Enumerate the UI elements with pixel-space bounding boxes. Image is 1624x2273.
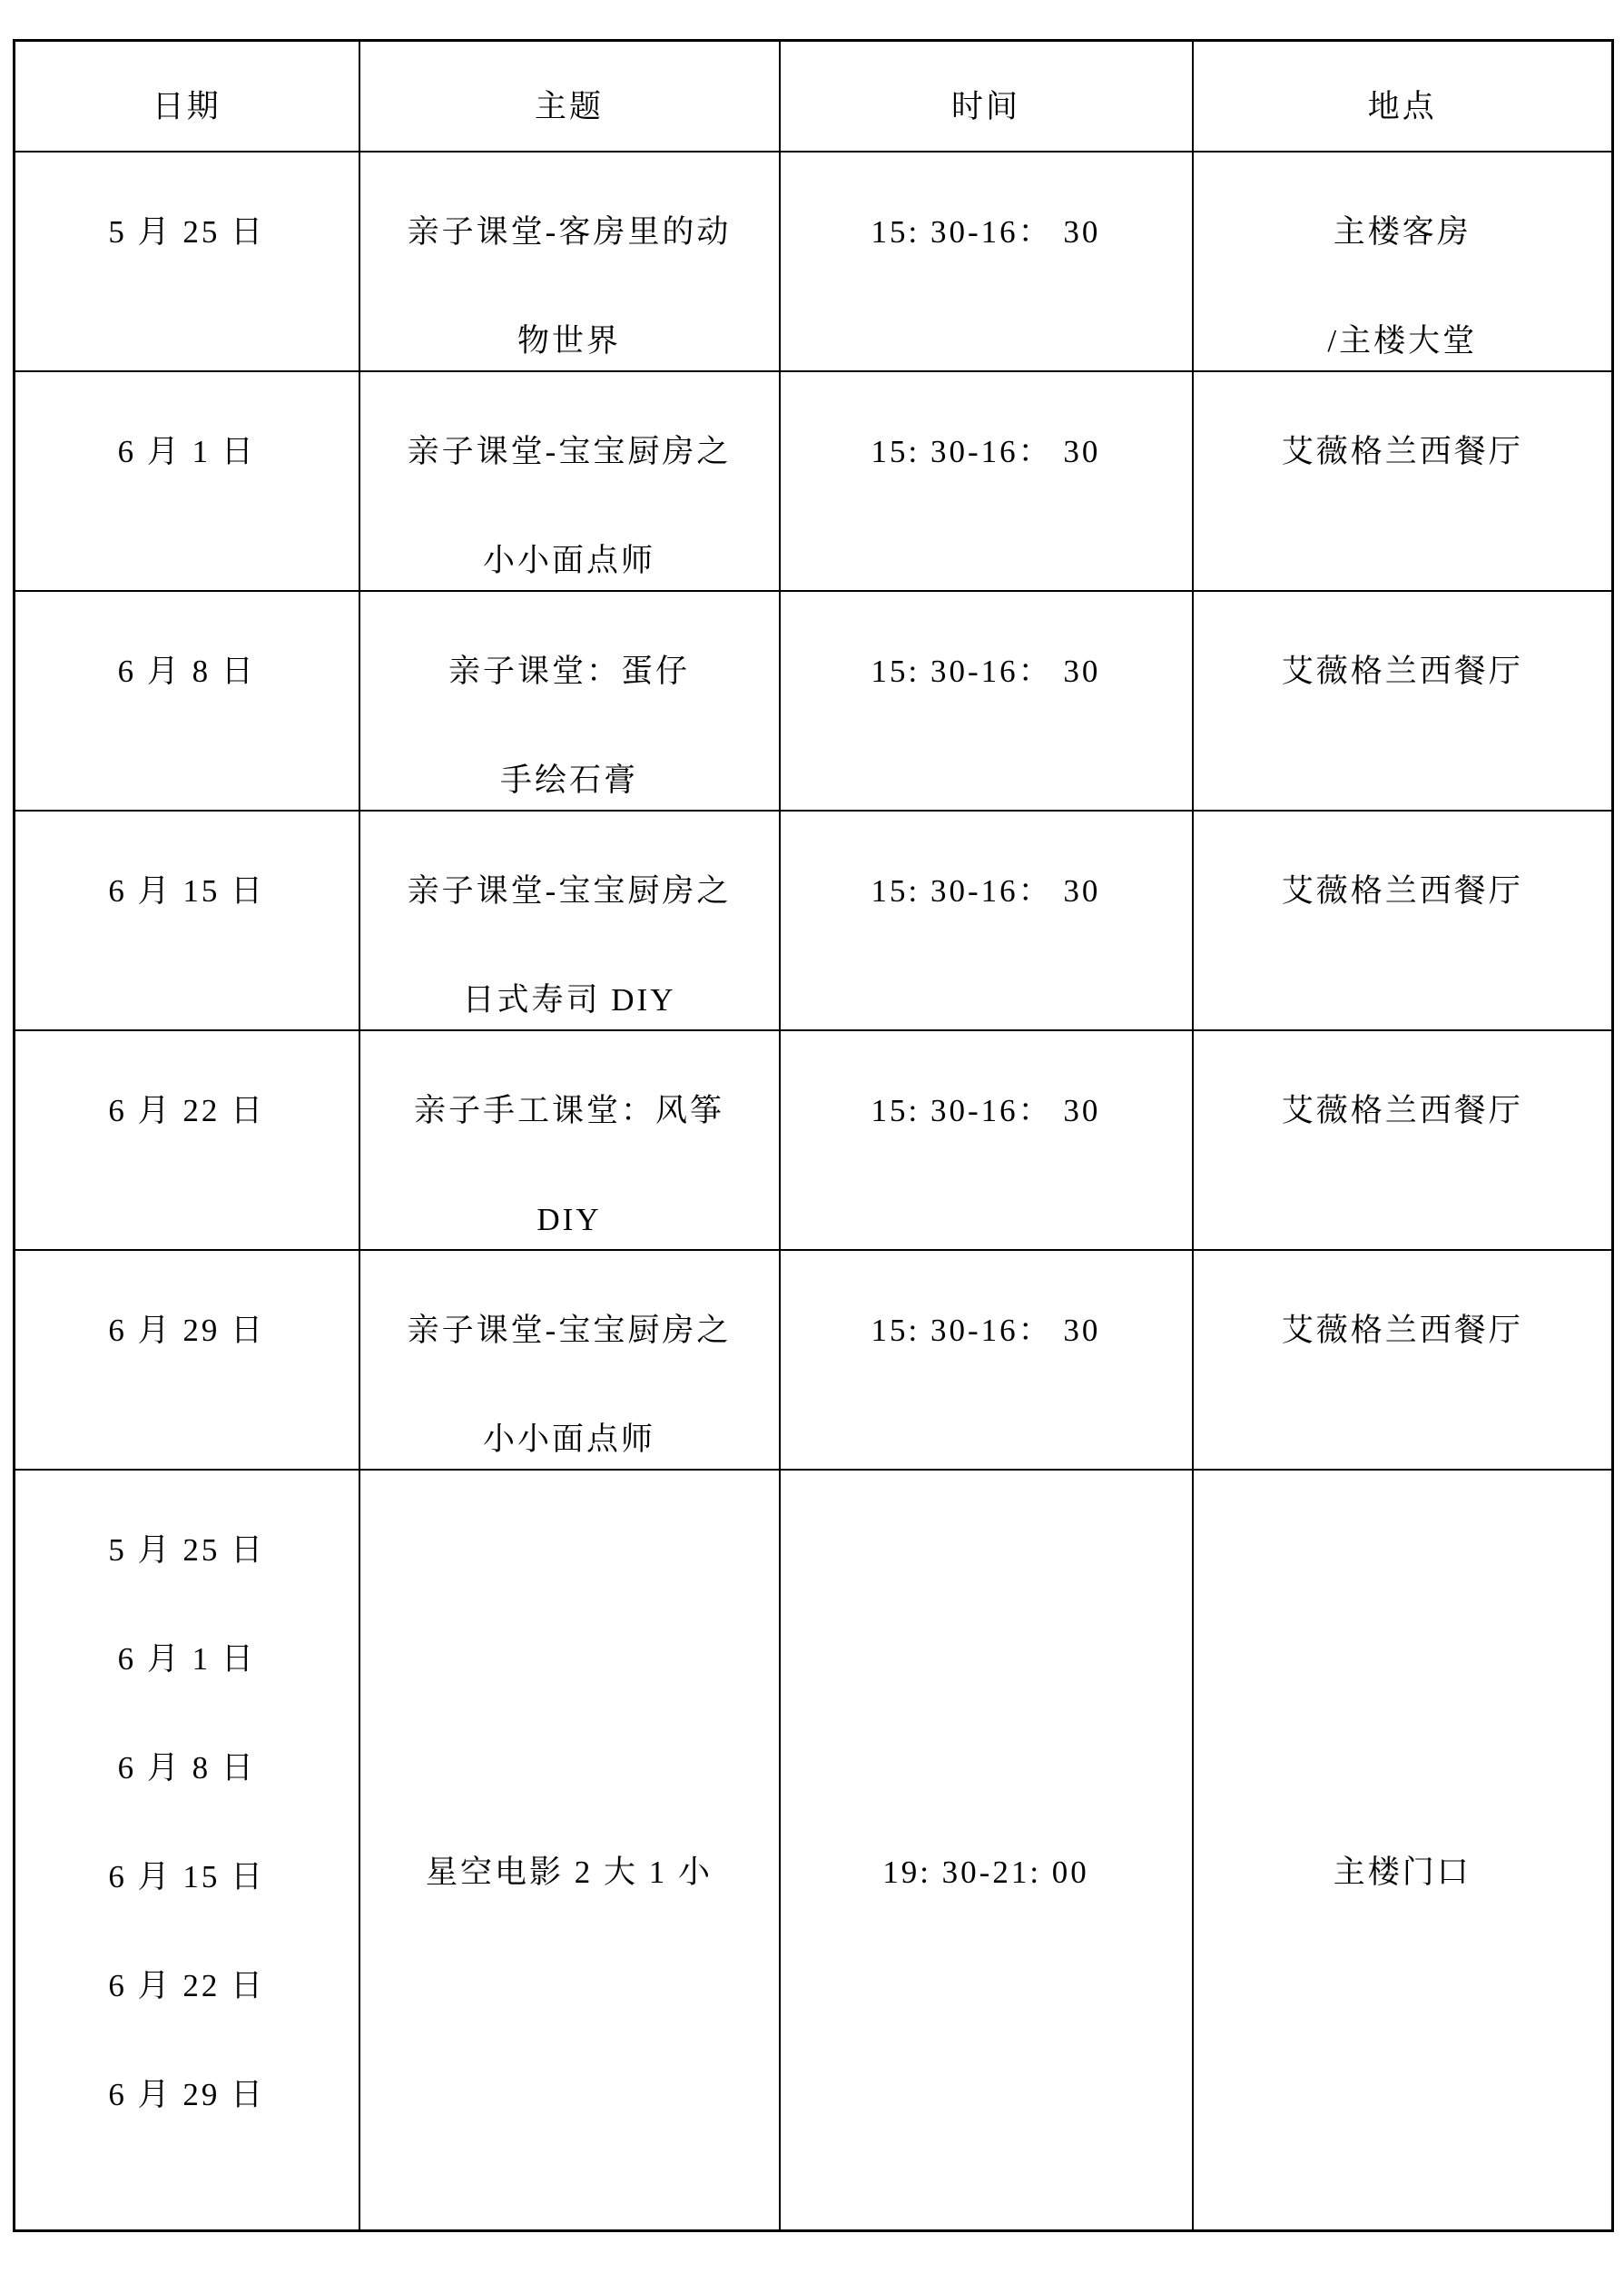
cell-location: 艾薇格兰西餐厅 [1193, 591, 1613, 811]
table-row: 6 月 15 日 亲子课堂-宝宝厨房之日式寿司 DIY 15: 30-16： 3… [15, 811, 1613, 1030]
cell-date: 5 月 25 日 6 月 1 日 6 月 8 日 6 月 15 日 6 月 22… [15, 1470, 359, 2231]
table-row: 6 月 29 日 亲子课堂-宝宝厨房之小小面点师 15: 30-16： 30 艾… [15, 1250, 1613, 1470]
location-line: 艾薇格兰西餐厅 [1194, 398, 1612, 507]
header-row: 日期 主题 时间 地点 [15, 41, 1613, 153]
date-text: 6 月 22 日 [15, 1932, 359, 2041]
date-text: 6 月 29 日 [15, 2041, 359, 2150]
location-line: 艾薇格兰西餐厅 [1194, 1057, 1612, 1166]
cell-topic: 亲子课堂-宝宝厨房之小小面点师 [359, 371, 780, 591]
cell-topic: 星空电影 2 大 1 小 [359, 1470, 780, 2231]
cell-location: 主楼门口 [1193, 1470, 1613, 2231]
header-label-date: 日期 [15, 53, 359, 162]
location-line: 艾薇格兰西餐厅 [1194, 617, 1612, 726]
cell-date: 6 月 29 日 [15, 1250, 359, 1470]
date-text: 5 月 25 日 [15, 1496, 359, 1605]
cell-time: 15: 30-16： 30 [780, 1030, 1193, 1250]
location-line: 艾薇格兰西餐厅 [1194, 837, 1612, 946]
date-text: 6 月 8 日 [15, 1714, 359, 1823]
header-label-time: 时间 [781, 53, 1192, 162]
cell-time: 15: 30-16： 30 [780, 1250, 1193, 1470]
topic-line: 亲子手工课堂：风筝 [360, 1057, 779, 1166]
time-text: 15: 30-16： 30 [781, 1057, 1192, 1166]
cell-date: 6 月 22 日 [15, 1030, 359, 1250]
date-text: 6 月 15 日 [15, 837, 359, 946]
topic-line: 亲子课堂-客房里的动 [360, 178, 779, 287]
topic-line: 亲子课堂-宝宝厨房之 [360, 837, 779, 946]
cell-topic: 亲子课堂-宝宝厨房之小小面点师 [359, 1250, 780, 1470]
time-text: 15: 30-16： 30 [781, 837, 1192, 946]
time-text: 15: 30-16： 30 [781, 398, 1192, 507]
topic-line: 亲子课堂-宝宝厨房之 [360, 398, 779, 507]
date-text: 6 月 29 日 [15, 1276, 359, 1385]
cell-date: 5 月 25 日 [15, 152, 359, 371]
cell-time: 15: 30-16： 30 [780, 591, 1193, 811]
date-text: 6 月 8 日 [15, 617, 359, 726]
table-row: 6 月 22 日 亲子手工课堂：风筝DIY 15: 30-16： 30 艾薇格兰… [15, 1030, 1613, 1250]
cell-location: 主楼客房/主楼大堂 [1193, 152, 1613, 371]
date-text: 5 月 25 日 [15, 178, 359, 287]
header-cell-location: 地点 [1193, 41, 1613, 153]
location-line: 主楼门口 [1334, 1818, 1471, 1927]
cell-time: 15: 30-16： 30 [780, 371, 1193, 591]
time-text: 15: 30-16： 30 [781, 1276, 1192, 1385]
cell-topic: 亲子课堂-客房里的动物世界 [359, 152, 780, 371]
cell-location: 艾薇格兰西餐厅 [1193, 1030, 1613, 1250]
topic-line: 亲子课堂：蛋仔 [360, 617, 779, 726]
cell-topic: 亲子课堂：蛋仔手绘石膏 [359, 591, 780, 811]
header-cell-topic: 主题 [359, 41, 780, 153]
date-text: 6 月 22 日 [15, 1057, 359, 1166]
location-line: 艾薇格兰西餐厅 [1194, 1276, 1612, 1385]
cell-location: 艾薇格兰西餐厅 [1193, 811, 1613, 1030]
cell-location: 艾薇格兰西餐厅 [1193, 371, 1613, 591]
cell-time: 19: 30-21: 00 [780, 1470, 1193, 2231]
table-row: 6 月 1 日 亲子课堂-宝宝厨房之小小面点师 15: 30-16： 30 艾薇… [15, 371, 1613, 591]
time-text: 15: 30-16： 30 [781, 617, 1192, 726]
cell-time: 15: 30-16： 30 [780, 811, 1193, 1030]
cell-time: 15: 30-16： 30 [780, 152, 1193, 371]
topic-line: 亲子课堂-宝宝厨房之 [360, 1276, 779, 1385]
cell-date: 6 月 15 日 [15, 811, 359, 1030]
table-row: 5 月 25 日 亲子课堂-客房里的动物世界 15: 30-16： 30 主楼客… [15, 152, 1613, 371]
header-label-location: 地点 [1194, 53, 1612, 162]
topic-line: 星空电影 2 大 1 小 [426, 1818, 713, 1927]
schedule-table: 日期 主题 时间 地点 5 月 25 日 亲子课堂-客房里的动物世界 15: 3… [13, 39, 1614, 2232]
table-row: 6 月 8 日 亲子课堂：蛋仔手绘石膏 15: 30-16： 30 艾薇格兰西餐… [15, 591, 1613, 811]
date-text: 6 月 1 日 [15, 398, 359, 507]
date-text: 6 月 1 日 [15, 1605, 359, 1714]
header-label-topic: 主题 [360, 53, 779, 162]
cell-date: 6 月 8 日 [15, 591, 359, 811]
date-text: 6 月 15 日 [15, 1823, 359, 1932]
location-line: 主楼客房 [1194, 178, 1612, 287]
cell-topic: 亲子课堂-宝宝厨房之日式寿司 DIY [359, 811, 780, 1030]
time-text: 19: 30-21: 00 [882, 1818, 1089, 1927]
table-row: 5 月 25 日 6 月 1 日 6 月 8 日 6 月 15 日 6 月 22… [15, 1470, 1613, 2231]
header-cell-date: 日期 [15, 41, 359, 153]
cell-location: 艾薇格兰西餐厅 [1193, 1250, 1613, 1470]
header-cell-time: 时间 [780, 41, 1193, 153]
document-page: { "page": { "background": "#ffffff", "te… [0, 0, 1624, 2273]
cell-topic: 亲子手工课堂：风筝DIY [359, 1030, 780, 1250]
cell-date: 6 月 1 日 [15, 371, 359, 591]
time-text: 15: 30-16： 30 [781, 178, 1192, 287]
